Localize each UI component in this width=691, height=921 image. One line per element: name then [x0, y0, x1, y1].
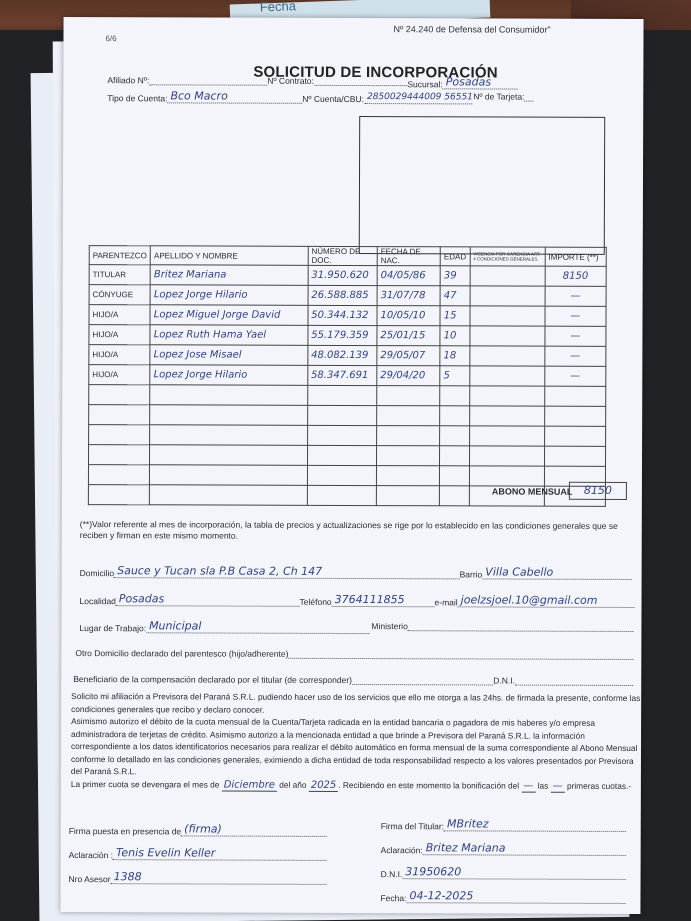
barrio-value: Villa Cabello	[482, 566, 631, 580]
cell-edad[interactable]: 10	[440, 326, 469, 346]
barrio-field[interactable]: Barrio Villa Cabello	[460, 566, 632, 580]
asesor-value: 1388	[111, 871, 327, 885]
trabajo-label: Lugar de Trabajo:	[79, 623, 146, 633]
cell-parentesco[interactable]: TITULAR	[89, 265, 150, 285]
cell-doc[interactable]: 48.082.139	[308, 345, 377, 365]
cell-importe[interactable]: 8150	[545, 266, 606, 286]
cell-fecha[interactable]: 29/04/20	[377, 366, 440, 386]
cell-fecha[interactable]: 31/07/78	[377, 286, 440, 306]
localidad-field[interactable]: Localidad Posadas	[80, 593, 300, 607]
beneficiario-dni-label: D.N.I.	[493, 675, 515, 685]
cell-doc[interactable]	[307, 485, 376, 505]
cell-fecha[interactable]	[377, 426, 440, 446]
aclaracion-left-value: Tenis Evelin Keller	[113, 847, 327, 861]
titular-dni-value: 31950620	[402, 866, 625, 880]
cell-doc[interactable]: 31.950.620	[308, 265, 377, 285]
contrato-value	[314, 85, 407, 86]
cell-vigencia[interactable]	[469, 446, 544, 466]
cell-parentesco[interactable]	[89, 425, 150, 445]
cell-nombre[interactable]: Lopez Jorge Hilario	[150, 365, 308, 386]
afiliado-field[interactable]: Afiliado Nº:	[107, 75, 267, 86]
tarjeta-label: Nº de Tarjeta:	[473, 91, 524, 101]
cell-parentesco[interactable]	[88, 485, 149, 505]
fecha-label: Fecha:	[380, 893, 406, 903]
cell-importe[interactable]: —	[545, 286, 606, 306]
cell-edad[interactable]: 47	[440, 286, 469, 306]
law-reference: Nº 24.240 de Defensa del Consumidor"	[394, 24, 551, 35]
trabajo-field[interactable]: Lugar de Trabajo: Municipal	[79, 620, 369, 634]
cell-doc[interactable]	[307, 465, 376, 485]
cell-edad[interactable]: 18	[440, 346, 469, 366]
titular-signature-field[interactable]: Firma del Titular: MBritez	[381, 818, 626, 832]
photo-box	[359, 116, 605, 255]
table-row	[89, 385, 606, 407]
telefono-label: Teléfono	[300, 597, 332, 607]
cell-vigencia[interactable]	[469, 346, 544, 366]
cuota-post-text: primeras cuotas.-	[567, 780, 631, 790]
cell-importe[interactable]: —	[545, 326, 606, 346]
page-number: 6/6	[105, 34, 116, 43]
cell-nombre[interactable]: Lopez Jose Misael	[150, 345, 308, 366]
table-row: TITULARBritez Mariana31.950.62004/05/863…	[89, 265, 606, 287]
cell-edad[interactable]: 5	[440, 366, 469, 386]
ministerio-field[interactable]: Ministerio	[371, 621, 633, 632]
cell-edad[interactable]	[440, 406, 469, 426]
trabajo-value: Municipal	[146, 620, 369, 634]
fecha-value: 04-12-2025	[406, 890, 625, 904]
cell-doc[interactable]	[307, 405, 376, 425]
aclaracion-left-field[interactable]: Aclaración : Tenis Evelin Keller	[69, 847, 327, 861]
family-table: PARENTEZCO APELLIDO Y NOMBRE NÚMERO DE D…	[88, 245, 607, 507]
cuota-pre-text: La primer cuota se devengara el mes de	[71, 779, 220, 790]
beneficiario-value	[352, 684, 493, 685]
table-row	[89, 405, 606, 427]
cell-doc[interactable]	[307, 445, 376, 465]
cell-vigencia[interactable]	[470, 266, 545, 286]
otro-domicilio-field[interactable]: Otro Domicilio declarado del parentesco …	[75, 648, 633, 660]
cell-fecha[interactable]	[377, 406, 440, 426]
cell-importe[interactable]	[544, 426, 605, 446]
sucursal-label: Sucursal:	[407, 79, 442, 89]
cell-doc[interactable]: 55.179.359	[308, 325, 377, 345]
col-fecha: FECHA DE NAC.	[377, 247, 440, 266]
cell-importe[interactable]	[544, 406, 605, 426]
table-row: HIJO/ALopez Jorge Hilario58.347.69129/04…	[89, 365, 606, 387]
cell-parentesco[interactable]	[89, 445, 150, 465]
titular-label: Firma del Titular:	[381, 821, 444, 831]
cuenta-cbu-value: 2850029444009 5655175368	[364, 91, 472, 104]
cell-vigencia[interactable]	[469, 326, 544, 346]
cell-nombre[interactable]	[150, 485, 308, 506]
cell-doc[interactable]: 58.347.691	[308, 365, 377, 385]
abono-mensual-value[interactable]: 8150	[569, 482, 627, 500]
afiliado-value	[149, 84, 267, 85]
cell-parentesco[interactable]: HIJO/A	[89, 325, 150, 345]
ministerio-label: Ministerio	[371, 621, 407, 631]
cell-vigencia[interactable]	[469, 366, 544, 386]
table-row: HIJO/ALopez Ruth Hama Yael55.179.35925/0…	[89, 325, 606, 347]
terms-affiliation: Solicito mi afiliación a Previsora del P…	[71, 690, 641, 717]
domicilio-label: Domicilio	[80, 568, 115, 578]
asesor-label: Nro Asesor	[69, 874, 111, 884]
table-header-row: PARENTEZCO APELLIDO Y NOMBRE NÚMERO DE D…	[89, 246, 606, 267]
first-installment-line: La primer cuota se devengara el mes de D…	[71, 778, 641, 793]
otro-domicilio-label: Otro Domicilio declarado del parentesco …	[75, 648, 288, 659]
form-page: Nº 24.240 de Defensa del Consumidor" 6/6…	[60, 17, 643, 914]
table-row: CÓNYUGELopez Jorge Hilario26.588.88531/0…	[89, 285, 606, 307]
tipo-cuenta-field[interactable]: Tipo de Cuenta: Bco Macro	[107, 90, 302, 104]
cell-vigencia[interactable]	[469, 426, 544, 446]
telefono-value: 3764111855	[332, 594, 435, 607]
localidad-value: Posadas	[116, 593, 300, 607]
terms-debit: Asimismo autorizo el débito de la cuota …	[71, 715, 641, 779]
contrato-field[interactable]: Nº Contrato:	[267, 76, 407, 86]
cell-vigencia[interactable]	[470, 306, 545, 326]
tipo-cuenta-label: Tipo de Cuenta:	[107, 93, 167, 103]
cell-fecha[interactable]	[376, 446, 439, 466]
cuenta-cbu-label: Nº Cuenta/CBU:	[302, 94, 364, 104]
abono-mensual-label: ABONO MENSUAL	[492, 486, 573, 496]
presencia-signature-field[interactable]: Firma puesta en presencia de (firma)	[69, 823, 327, 837]
bonificacion-del-value[interactable]: —	[521, 780, 535, 792]
titular-dni-field[interactable]: D.N.I. 31950620	[381, 866, 626, 880]
tarjeta-field[interactable]: Nº de Tarjeta:	[473, 91, 533, 101]
localidad-label: Localidad	[80, 596, 116, 606]
cell-fecha[interactable]	[377, 386, 440, 406]
sucursal-field[interactable]: Sucursal: Posadas	[407, 76, 517, 89]
scrap-text: Fecha	[260, 0, 297, 14]
afiliado-label: Afiliado Nº:	[107, 75, 149, 85]
cell-nombre[interactable]: Lopez Jorge Hilario	[150, 285, 308, 306]
table-row	[89, 425, 606, 447]
cell-vigencia[interactable]	[470, 286, 545, 306]
domicilio-field[interactable]: Domicilio Sauce y Tucan sla P.B Casa 2, …	[80, 565, 460, 579]
cuota-anio-label: del año	[279, 779, 306, 789]
cell-edad[interactable]	[440, 486, 469, 506]
aclaracion-right-field[interactable]: Aclaración: Britez Mariana	[381, 842, 626, 856]
titular-signature: MBritez	[444, 818, 626, 832]
cell-doc[interactable]	[307, 385, 376, 405]
cell-importe[interactable]	[544, 386, 605, 406]
col-vigencia: VIGENCIA POR CARENCIA ART. 4 CONDICIONES…	[470, 247, 545, 266]
col-importe: IMPORTE (**)	[545, 247, 606, 266]
aclaracion-left-label: Aclaración :	[69, 850, 113, 860]
cell-doc[interactable]	[307, 425, 376, 445]
cell-vigencia[interactable]	[469, 466, 544, 486]
cell-edad[interactable]: 15	[440, 306, 469, 326]
cell-parentesco[interactable]	[89, 385, 150, 405]
cell-importe[interactable]: —	[545, 346, 606, 366]
cell-nombre[interactable]	[150, 405, 308, 426]
cuota-mes-value[interactable]: Diciembre	[222, 779, 277, 791]
telefono-field[interactable]: Teléfono 3764111855	[300, 594, 435, 607]
tipo-cuenta-value: Bco Macro	[167, 90, 302, 103]
cell-parentesco[interactable]: HIJO/A	[89, 345, 150, 365]
cell-nombre[interactable]: Lopez Ruth Hama Yael	[150, 325, 308, 346]
bonificacion-las-label: las	[538, 780, 549, 790]
aclaracion-right-label: Aclaración:	[381, 845, 423, 855]
cell-vigencia[interactable]	[469, 406, 544, 426]
sucursal-value: Posadas	[443, 76, 518, 89]
col-edad: EDAD	[440, 247, 469, 266]
beneficiario-dni-value	[515, 685, 633, 686]
cell-parentesco[interactable]: CÓNYUGE	[89, 285, 150, 305]
cell-parentesco[interactable]: HIJO/A	[89, 365, 150, 385]
cell-edad[interactable]	[440, 466, 469, 486]
cell-doc[interactable]: 26.588.885	[308, 285, 377, 305]
col-parentesco: PARENTEZCO	[89, 246, 150, 265]
barrio-label: Barrio	[460, 569, 483, 579]
titular-dni-label: D.N.I.	[381, 869, 403, 879]
bonificacion-las-value[interactable]: —	[551, 780, 565, 792]
table-row	[89, 445, 606, 467]
cell-nombre[interactable]: Britez Mariana	[150, 265, 308, 286]
presencia-signature: (firma)	[181, 823, 327, 837]
cell-parentesco[interactable]	[89, 405, 150, 425]
col-doc: NÚMERO DE DOC.	[308, 246, 377, 265]
asesor-field[interactable]: Nro Asesor 1388	[69, 871, 327, 885]
cell-parentesco[interactable]: HIJO/A	[89, 305, 150, 325]
cell-vigencia[interactable]	[469, 386, 544, 406]
aclaracion-right-value: Britez Mariana	[423, 842, 626, 856]
cell-doc[interactable]: 50.344.132	[308, 305, 377, 325]
cell-nombre[interactable]	[150, 465, 308, 486]
cell-edad[interactable]	[440, 446, 469, 466]
beneficiario-label: Beneficiario de la compensación declarad…	[73, 674, 352, 685]
terms-paragraphs: Solicito mi afiliación a Previsora del P…	[71, 690, 641, 793]
cell-fecha[interactable]	[376, 486, 439, 506]
cell-nombre[interactable]	[150, 385, 308, 406]
cuenta-cbu-field[interactable]: Nº Cuenta/CBU: 2850029444009 5655175368	[302, 91, 472, 105]
cell-nombre[interactable]	[150, 445, 308, 466]
email-field[interactable]: e-mail joelzsjoel.10@gmail.com	[435, 594, 635, 608]
cell-importe[interactable]: —	[545, 306, 606, 326]
ministerio-value	[408, 630, 634, 632]
beneficiario-field[interactable]: Beneficiario de la compensación declarad…	[73, 674, 493, 685]
beneficiario-dni-field[interactable]: D.N.I.	[493, 675, 633, 685]
cell-edad[interactable]	[440, 386, 469, 406]
table-row: HIJO/ALopez Miguel Jorge David50.344.132…	[89, 305, 606, 327]
presencia-label: Firma puesta en presencia de	[69, 826, 181, 836]
cell-edad[interactable]: 39	[440, 266, 469, 286]
cell-nombre[interactable]: Lopez Miguel Jorge David	[150, 305, 308, 326]
cuota-anio-value[interactable]: 2025	[309, 779, 338, 791]
table-row	[88, 465, 605, 487]
cell-nombre[interactable]	[150, 425, 308, 446]
cell-fecha[interactable]: 25/01/15	[377, 326, 440, 346]
cell-fecha[interactable]	[376, 466, 439, 486]
fecha-field[interactable]: Fecha: 04-12-2025	[380, 890, 625, 904]
email-value: joelzsjoel.10@gmail.com	[458, 594, 635, 608]
cell-edad[interactable]	[440, 426, 469, 446]
cell-fecha[interactable]: 04/05/86	[377, 266, 440, 286]
contrato-label: Nº Contrato:	[267, 76, 314, 86]
otro-domicilio-value	[288, 658, 633, 660]
price-note: (**)Valor referente al mes de incorporac…	[80, 519, 640, 543]
cell-parentesco[interactable]	[88, 465, 149, 485]
tarjeta-value	[524, 101, 533, 102]
table-row: HIJO/ALopez Jose Misael48.082.13929/05/0…	[89, 345, 606, 367]
cell-fecha[interactable]: 29/05/07	[377, 346, 440, 366]
col-nombre: APELLIDO Y NOMBRE	[150, 246, 308, 266]
email-label: e-mail	[435, 597, 458, 607]
cell-importe[interactable]: —	[545, 366, 606, 386]
cuota-mid-text: . Recibiendo en este momento la bonifica…	[338, 779, 519, 790]
cell-importe[interactable]	[544, 446, 605, 466]
cell-fecha[interactable]: 10/05/10	[377, 306, 440, 326]
domicilio-value: Sauce y Tucan sla P.B Casa 2, Ch 147	[114, 565, 460, 579]
